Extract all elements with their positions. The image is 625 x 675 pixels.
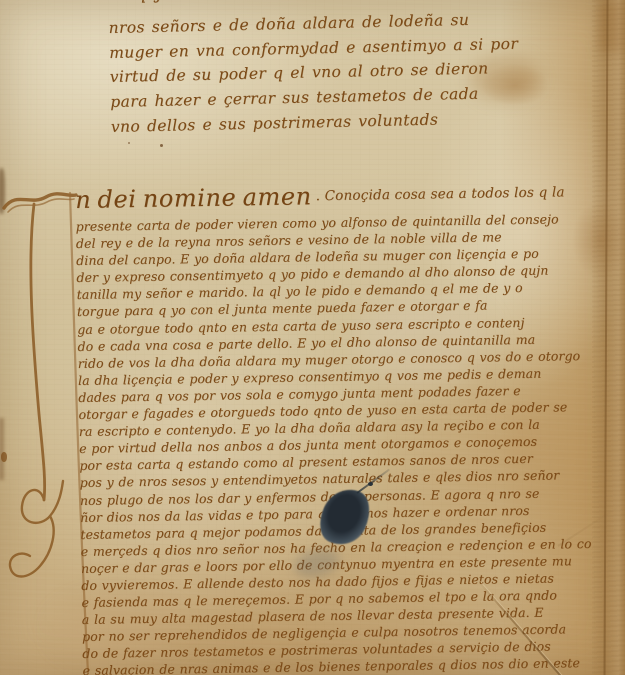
opening-words: n dei nomine amen bbox=[75, 182, 312, 214]
partial-cut-line: qujntanilla e de su bbox=[136, 0, 286, 3]
manuscript-photo: qujntanilla e de su nros señors e de doñ… bbox=[0, 0, 625, 675]
body-paragraph-lines: presente carta de poder vieren como yo a… bbox=[76, 209, 625, 675]
main-text-block: n dei nomine amen. Conoçida cosa sea a t… bbox=[75, 177, 625, 675]
left-edge-ink-mark bbox=[1, 452, 7, 462]
page-edge bbox=[592, 0, 625, 675]
ink-speck bbox=[160, 144, 163, 147]
left-edge-mark bbox=[0, 418, 4, 480]
opening-continuation: . Conoçida cosa sea a todos los q la bbox=[316, 184, 565, 204]
page-edge-line bbox=[604, 0, 609, 675]
top-paragraph-lines: nros señors e de doña aldara de lodeña s… bbox=[108, 7, 520, 140]
ink-speck bbox=[128, 142, 130, 144]
left-edge-mark bbox=[0, 168, 5, 214]
